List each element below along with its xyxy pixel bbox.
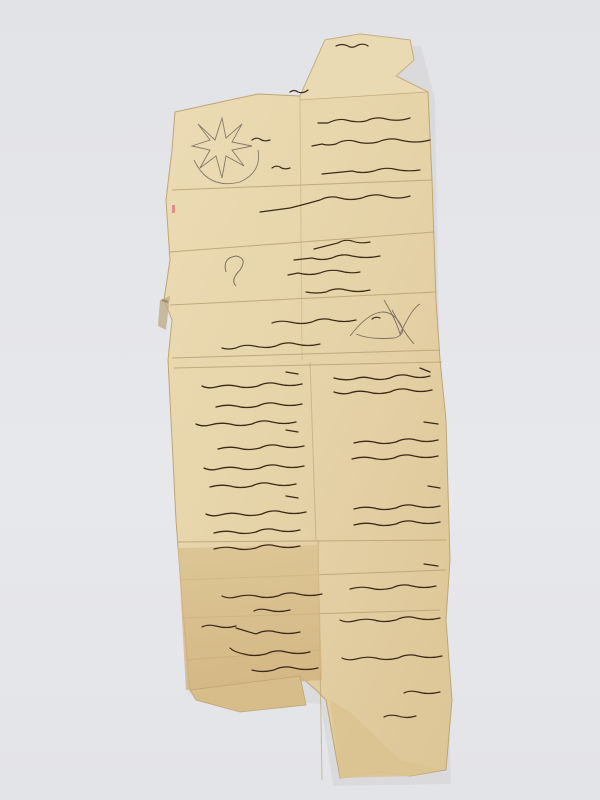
manuscript-photo: [0, 0, 600, 800]
